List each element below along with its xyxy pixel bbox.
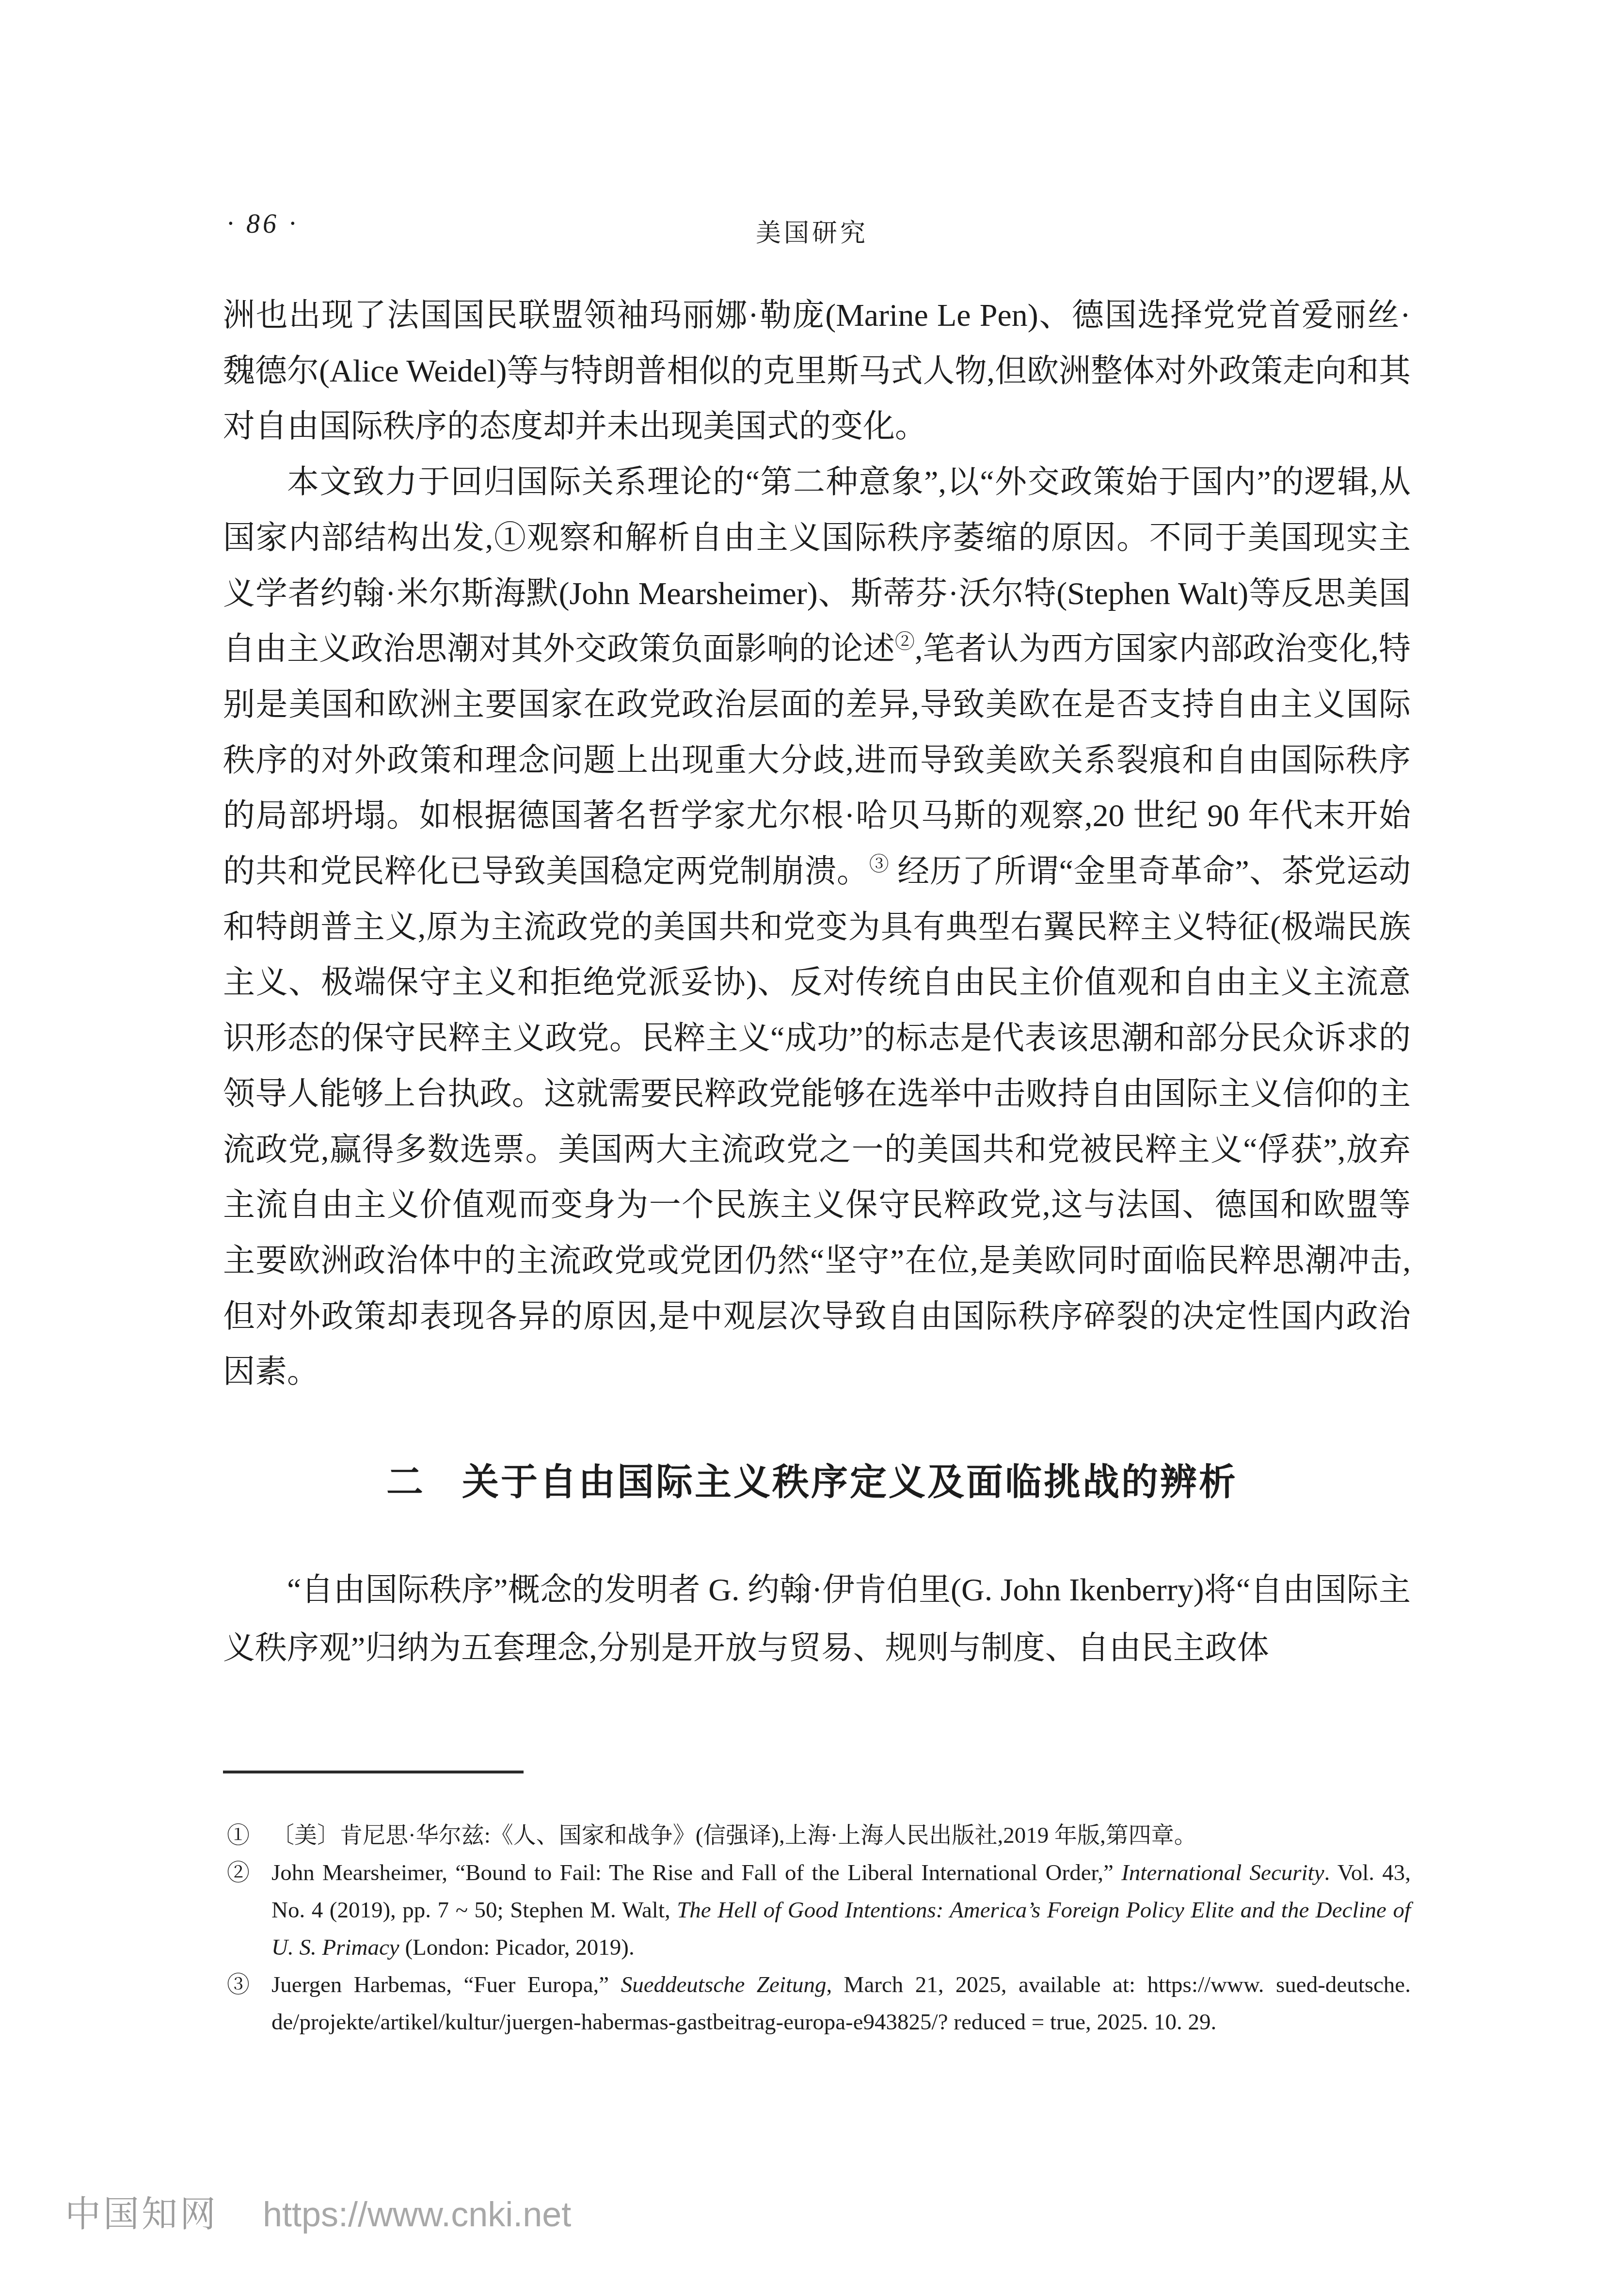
- section-title: 关于自由国际主义秩序定义及面临挑战的辨析: [462, 1462, 1238, 1503]
- footnote-marker: ③: [227, 1966, 250, 2004]
- cnki-site-url: https://www.cnki.net: [263, 2195, 571, 2234]
- footnote-item: ③ Juergen Harbemas, “Fuer Europa,” Suedd…: [223, 1966, 1411, 2041]
- footnote-divider: [223, 1771, 524, 1773]
- footnote-marker: ②: [227, 1854, 250, 1892]
- footnote-marker: ①: [227, 1817, 250, 1854]
- cnki-watermark: 中国知网 https://www.cnki.net: [65, 2186, 571, 2237]
- footnote-text: Juergen Harbemas, “Fuer Europa,” Sueddeu…: [271, 1972, 1411, 2035]
- body-text: 洲也出现了法国国民联盟领袖玛丽娜·勒庞(Marine Le Pen)、德国选择党…: [223, 288, 1411, 1400]
- footnote-item: ② John Mearsheimer, “Bound to Fail: The …: [223, 1854, 1411, 1966]
- section-number: 二: [386, 1462, 425, 1503]
- footnote-item: ① 〔美〕肯尼思·华尔兹:《人、国家和战争》(信强译),上海·上海人民出版社,2…: [223, 1817, 1411, 1854]
- journal-title: 美国研究: [0, 212, 1624, 249]
- section-heading: 二关于自由国际主义秩序定义及面临挑战的辨析: [0, 1453, 1624, 1505]
- scanned-paper-page: · 86 · 美国研究 洲也出现了法国国民联盟领袖玛丽娜·勒庞(Marine L…: [0, 0, 1624, 2283]
- cnki-site-name: 中国知网: [65, 2194, 218, 2234]
- footnote-text: 〔美〕肯尼思·华尔兹:《人、国家和战争》(信强译),上海·上海人民出版社,201…: [271, 1823, 1197, 1848]
- paragraph-continuation: 洲也出现了法国国民联盟领袖玛丽娜·勒庞(Marine Le Pen)、德国选择党…: [223, 288, 1411, 455]
- paragraph-main: 本文致力于回归国际关系理论的“第二种意象”,以“外交政策始于国内”的逻辑,从国家…: [223, 455, 1411, 1400]
- footnotes: ① 〔美〕肯尼思·华尔兹:《人、国家和战争》(信强译),上海·上海人民出版社,2…: [223, 1817, 1411, 2041]
- paragraph-after-heading: “自由国际秩序”概念的发明者 G. 约翰·伊肯伯里(G. John Ikenbe…: [223, 1561, 1411, 1677]
- footnote-text: John Mearsheimer, “Bound to Fail: The Ri…: [271, 1860, 1411, 1960]
